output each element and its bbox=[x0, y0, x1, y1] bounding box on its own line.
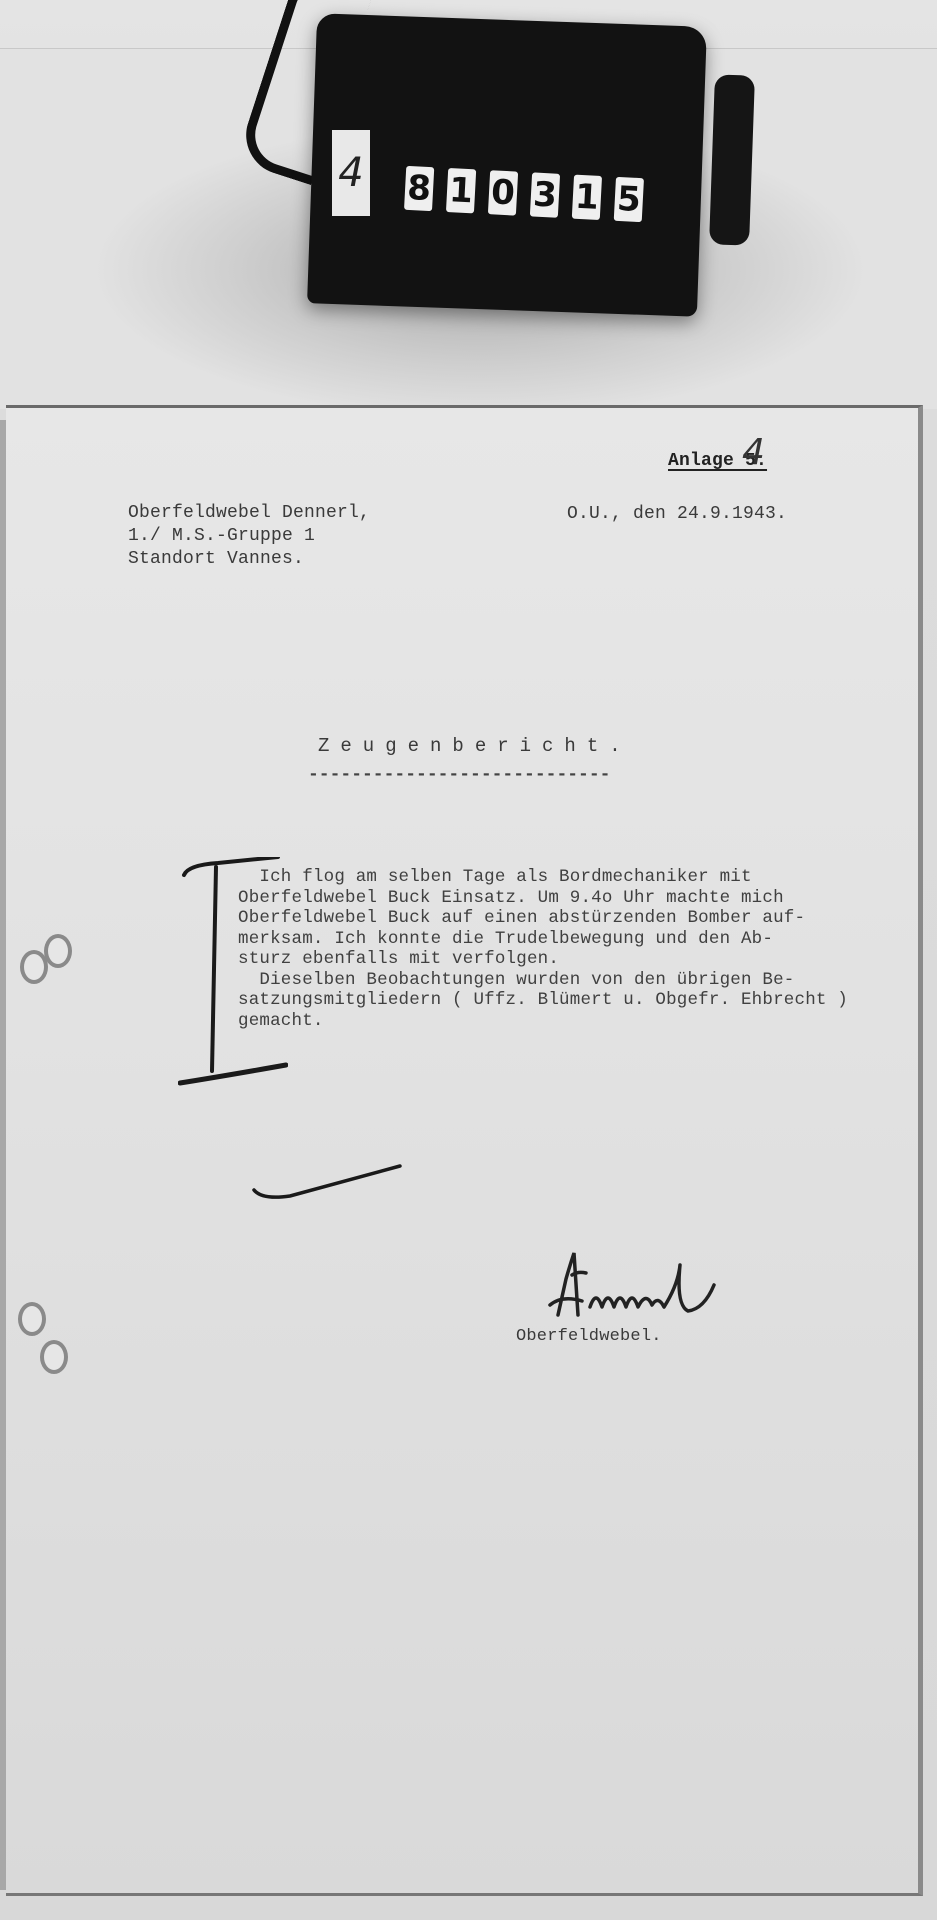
body-line: Dieselben Beobachtungen wurden von den ü… bbox=[238, 970, 795, 990]
counter-reel-tag: 4 bbox=[332, 130, 370, 216]
punch-hole bbox=[18, 1302, 46, 1336]
report-body: Ich flog am selben Tage als Bordmechanik… bbox=[238, 867, 848, 1031]
counter-digit: 3 bbox=[530, 172, 560, 217]
body-line: gemacht. bbox=[238, 1011, 324, 1031]
counter-digit: 1 bbox=[446, 168, 476, 213]
place-date: O.U., den 24.9.1943. bbox=[567, 503, 787, 525]
signatory-rank: Oberfeldwebel. bbox=[516, 1326, 662, 1348]
counter-digit: 0 bbox=[488, 170, 518, 215]
sender-name: Oberfeldwebel Dennerl, bbox=[128, 503, 370, 523]
sender-unit: 1./ M.S.-Gruppe 1 bbox=[128, 526, 315, 546]
body-line: satzungsmitgliedern ( Uffz. Blümert u. O… bbox=[238, 990, 848, 1010]
title-underline: ---------------------------- bbox=[308, 764, 610, 786]
body-line: Ich flog am selben Tage als Bordmechanik… bbox=[238, 867, 752, 887]
body-line: merksam. Ich konnte die Trudelbewegung u… bbox=[238, 929, 773, 949]
sender-location: Standort Vannes. bbox=[128, 549, 304, 569]
punch-hole bbox=[44, 934, 72, 968]
counter-digit: 5 bbox=[614, 177, 644, 222]
counter-digit: 8 bbox=[404, 166, 434, 211]
body-line: sturz ebenfalls mit verfolgen. bbox=[238, 949, 559, 969]
annex-handwritten-correction: 4 bbox=[742, 432, 765, 473]
counter-digit: 1 bbox=[572, 175, 602, 220]
counter-reset-knob bbox=[709, 74, 755, 245]
body-line: Oberfeldwebel Buck Einsatz. Um 9.4o Uhr … bbox=[238, 888, 784, 908]
pen-stroke-mark bbox=[250, 1160, 410, 1200]
punch-hole bbox=[40, 1340, 68, 1374]
document-page bbox=[6, 405, 923, 1896]
sender-block: Oberfeldwebel Dennerl, 1./ M.S.-Gruppe 1… bbox=[128, 502, 370, 571]
body-line: Oberfeldwebel Buck auf einen abstürzende… bbox=[238, 908, 805, 928]
handwritten-signature bbox=[538, 1245, 728, 1325]
document-title: Zeugenbericht. bbox=[318, 735, 632, 757]
